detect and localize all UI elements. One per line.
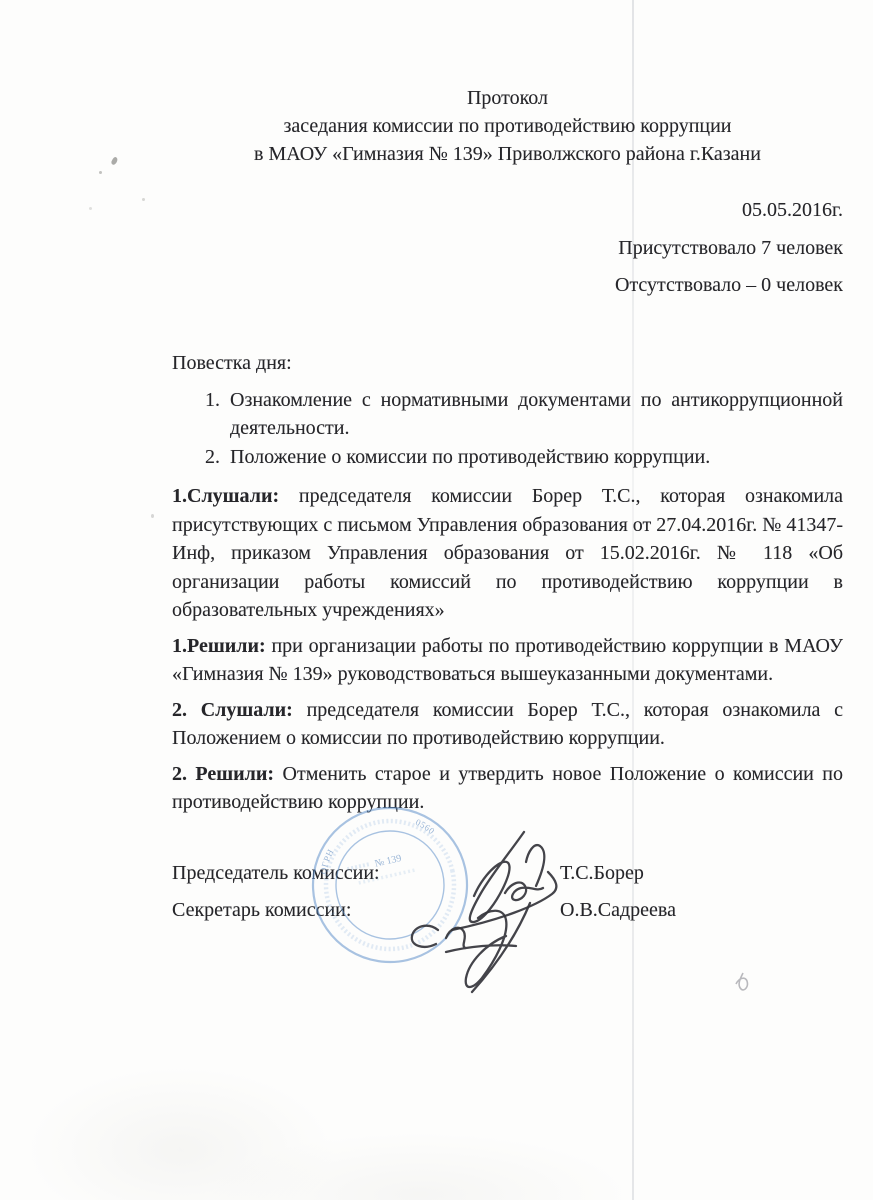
attendance-absent: Отсутствовало – 0 человек <box>172 267 843 305</box>
signature-row-secretary: Секретарь комиссии: О.В.Садреева <box>172 892 843 930</box>
paragraph-label: 2. Решили: <box>172 763 274 785</box>
agenda-item-text: Положение о комиссии по противодействию … <box>230 443 843 472</box>
paragraph-decided-1: 1.Решили: при организации работы по прот… <box>172 632 843 689</box>
meta-block: 05.05.2016г. Присутствовало 7 человек От… <box>172 192 843 305</box>
paragraph-text: при организации работы по противодействи… <box>172 635 843 686</box>
agenda-item-text: Ознакомление с нормативными документами … <box>230 386 843 443</box>
agenda-list: 1. Ознакомление с нормативными документа… <box>172 386 843 472</box>
date-text: 05.05.2016г. <box>172 192 843 230</box>
agenda-item: 1. Ознакомление с нормативными документа… <box>172 386 843 443</box>
title-line-2: заседания комиссии по противодействию ко… <box>172 112 843 140</box>
paragraph-heard-1: 1.Слушали: председателя комиссии Борер Т… <box>172 482 843 625</box>
scanned-document-page: { "document": { "title": { "line1": "Про… <box>0 0 873 1200</box>
signature-role: Председатель комиссии: <box>172 862 380 884</box>
title-line-3: в МАОУ «Гимназия № 139» Приволжского рай… <box>172 140 843 168</box>
attendance-present: Присутствовало 7 человек <box>172 230 843 268</box>
paragraph-label: 1.Решили: <box>172 635 266 657</box>
paragraph-label: 1.Слушали: <box>172 485 279 507</box>
signature-row-chairman: Председатель комиссии: Т.С.Борер <box>172 855 843 893</box>
document-title: Протокол заседания комиссии по противоде… <box>172 84 843 168</box>
agenda-item: 2. Положение о комиссии по противодейств… <box>172 443 843 472</box>
signature-role: Секретарь комиссии: <box>172 899 351 921</box>
document-content: Протокол заседания комиссии по противоде… <box>172 84 843 930</box>
title-line-1: Протокол <box>172 84 843 112</box>
agenda-item-number: 2. <box>205 443 230 472</box>
paragraph-heard-2: 2. Слушали: председателя комиссии Борер … <box>172 696 843 753</box>
paragraph-label: 2. Слушали: <box>172 699 293 721</box>
agenda-heading: Повестка дня: <box>172 349 843 377</box>
signature-name: О.В.Садреева <box>560 892 676 930</box>
paragraph-decided-2: 2. Решили: Отменить старое и утвердить н… <box>172 760 843 817</box>
signature-name: Т.С.Борер <box>560 855 644 893</box>
agenda-item-number: 1. <box>205 386 230 443</box>
